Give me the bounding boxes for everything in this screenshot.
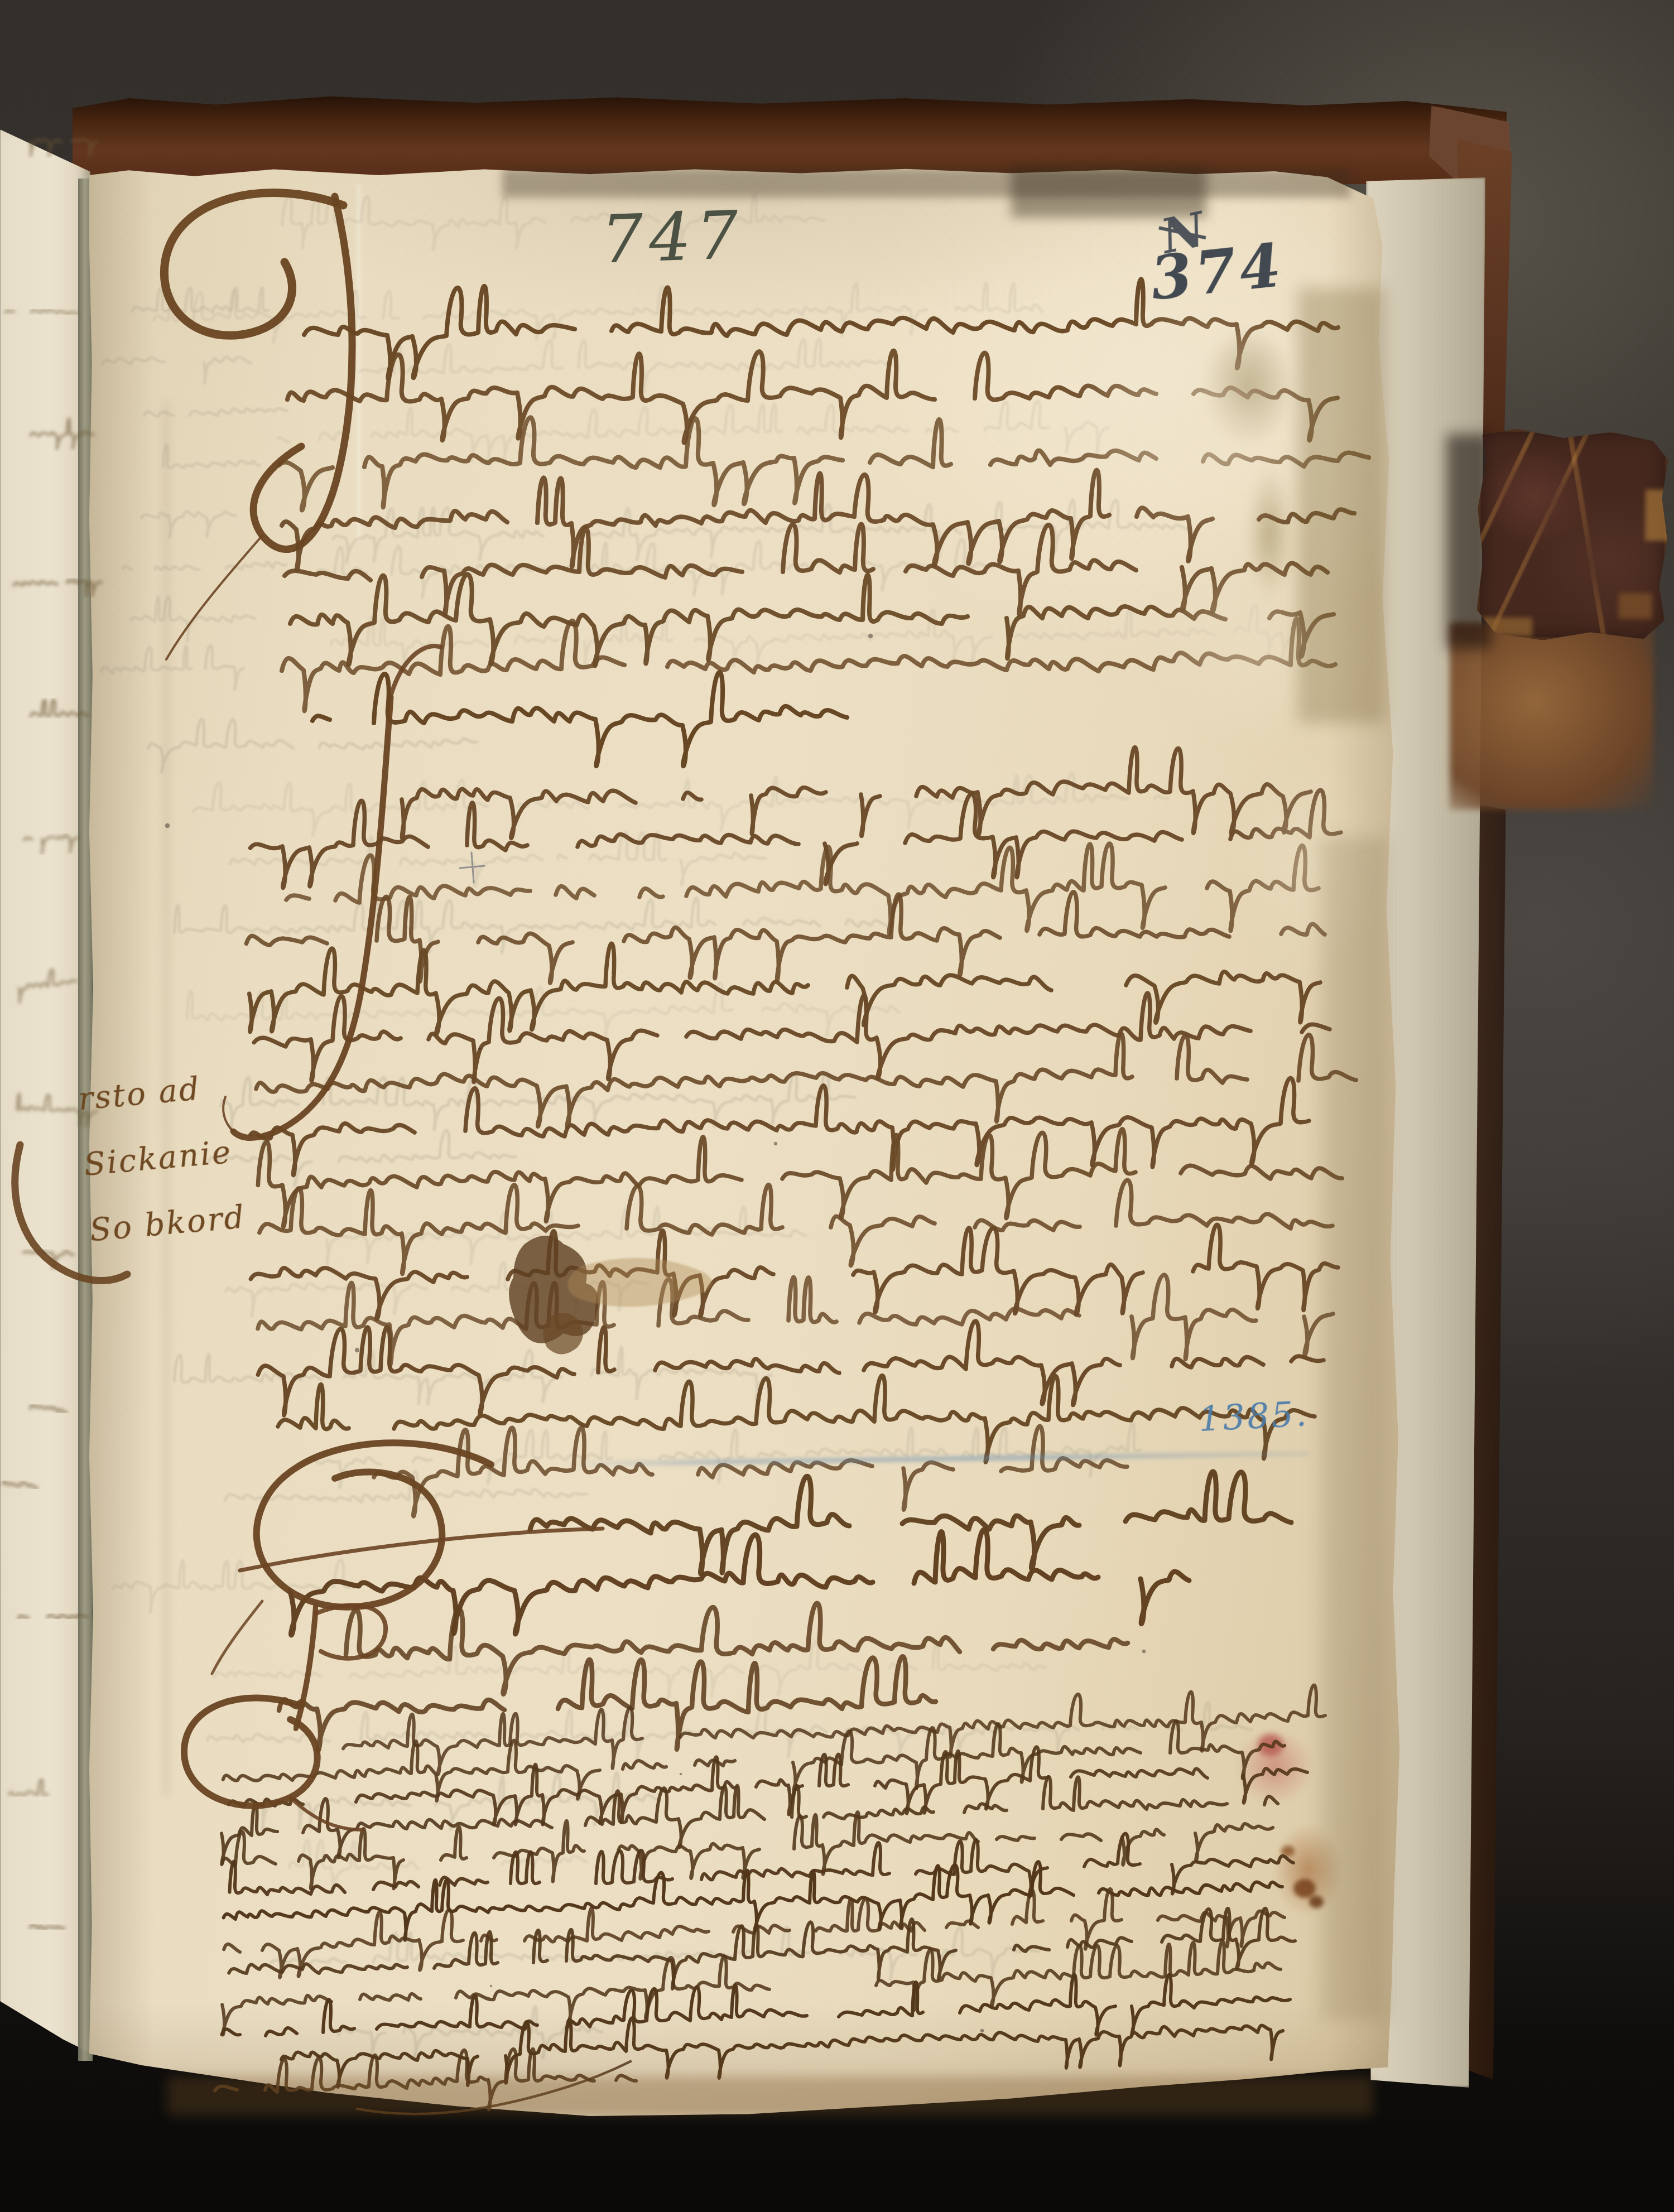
marginal-note: rsto ad Sickanie So bkord (75, 1049, 292, 1264)
rust-speck (1293, 1879, 1316, 1898)
foliation-number: 747 (600, 196, 745, 278)
rust-speck (1281, 1845, 1295, 1857)
red-stain (1225, 1719, 1324, 1814)
previous-page-edge (0, 129, 90, 2053)
strap-wear-mark (1618, 593, 1652, 619)
leather-clasp-strap (1476, 428, 1668, 642)
red-stain-core (1258, 1734, 1283, 1756)
year-annotation: 1385. (1197, 1393, 1310, 1439)
paper-crease (357, 184, 360, 541)
archival-number: 374 (1147, 230, 1287, 313)
manuscript-photograph: 747 N 374 rsto ad Sickanie So bkord 1385… (0, 0, 1674, 2212)
gutter-grime (1320, 837, 1387, 2020)
leather-under-strap (1450, 623, 1653, 809)
top-edge-grime (502, 168, 1350, 197)
bottom-edge-browning (167, 2076, 1373, 2115)
gutter-grime (1298, 288, 1385, 723)
